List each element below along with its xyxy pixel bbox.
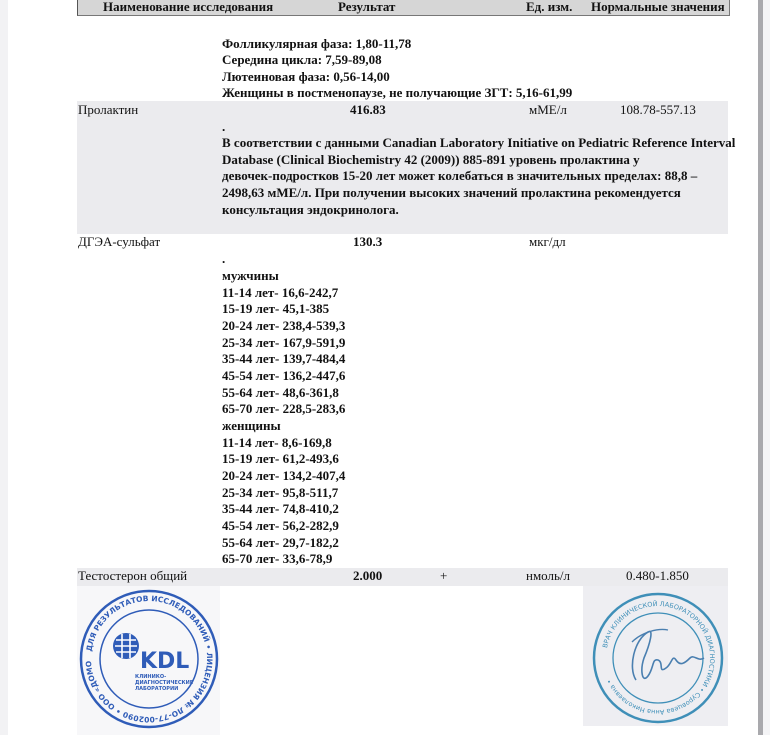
note-dot: .	[222, 119, 225, 136]
note-line: 25-34 лет- 167,9-591,9	[222, 335, 345, 352]
header-col-unit: Ед. изм.	[526, 0, 572, 15]
header-col-result: Результат	[338, 0, 395, 15]
note-line: 15-19 лет- 61,2-493,6	[222, 451, 339, 468]
note-line: 11-14 лет- 8,6-169,8	[222, 435, 332, 452]
note-line: 45-54 лет- 56,2-282,9	[222, 518, 339, 535]
note-line: Database (Clinical Biochemistry 42 (2009…	[222, 152, 640, 169]
note-line: 35-44 лет- 74,8-410,2	[222, 501, 339, 518]
test-result: 2.000	[353, 568, 382, 585]
note-line: женщины	[222, 418, 281, 435]
note-line: 55-64 лет- 29,7-182,2	[222, 535, 339, 552]
note-line: 20-24 лет- 238,4-539,3	[222, 318, 345, 335]
lab-seal-stamp: ДЛЯ РЕЗУЛЬТАТОВ ИССЛЕДОВАНИЙ • ЛИЦЕНЗИЯ …	[78, 588, 220, 730]
svg-text:ВРАЧ КЛИНИЧЕСКОЙ ЛАБОРАТОРНОЙ: ВРАЧ КЛИНИЧЕСКОЙ ЛАБОРАТОРНОЙ ДИАГНОСТИК…	[601, 599, 716, 716]
note-line: Фолликулярная фаза: 1,80-11,78	[222, 36, 411, 53]
test-result: 416.83	[350, 102, 386, 119]
test-name: Тестостерон общий	[78, 568, 187, 585]
header-col-norm: Нормальные значения	[591, 0, 725, 15]
test-norm: 0.480-1.850	[626, 568, 689, 585]
header-col-name: Наименование исследования	[103, 0, 273, 15]
note-line: 35-44 лет- 139,7-484,4	[222, 351, 345, 368]
test-unit: нмоль/л	[526, 568, 570, 585]
abnormal-flag: +	[440, 568, 447, 585]
note-line: Женщины в постменопаузе, не получающие З…	[222, 85, 572, 102]
note-line: 11-14 лет- 16,6-242,7	[222, 285, 338, 302]
note-line: девочек-подростков 15-20 лет может колеб…	[222, 168, 697, 185]
note-line: 25-34 лет- 95,8-511,7	[222, 485, 338, 502]
test-unit: мкг/дл	[529, 234, 566, 251]
note-line: 65-70 лет- 33,6-78,9	[222, 551, 332, 568]
note-line: 2498,63 мМЕ/л. При получении высоких зна…	[222, 185, 681, 202]
test-name: ДГЭА-сульфат	[78, 234, 160, 251]
note-line: 45-54 лет- 136,2-447,6	[222, 368, 345, 385]
test-result: 130.3	[353, 234, 382, 251]
test-norm: 108.78-557.13	[620, 102, 696, 119]
note-line: 20-24 лет- 134,2-407,4	[222, 468, 345, 485]
note-line: Середина цикла: 7,59-89,08	[222, 52, 382, 69]
note-line: Лютеиновая фаза: 0,56-14,00	[222, 69, 390, 86]
kdl-globe-icon	[113, 633, 139, 659]
signature	[632, 631, 704, 680]
note-dot: .	[222, 251, 225, 268]
test-unit: мМЕ/л	[529, 102, 567, 119]
kdl-logo-text: KDL	[140, 649, 189, 674]
note-line: В соответствии с данными Canadian Labora…	[222, 135, 735, 152]
note-line: консультация эндокринолога.	[222, 202, 399, 219]
doctor-seal-stamp: ВРАЧ КЛИНИЧЕСКОЙ ЛАБОРАТОРНОЙ ДИАГНОСТИК…	[588, 588, 728, 724]
svg-text:ЛАБОРАТОРИИ: ЛАБОРАТОРИИ	[135, 686, 178, 692]
note-line: мужчины	[222, 268, 279, 285]
table-header: Наименование исследования Результат Ед. …	[77, 0, 730, 16]
note-line: 65-70 лет- 228,5-283,6	[222, 401, 345, 418]
scrollbar-thumb[interactable]	[758, 0, 763, 735]
test-name: Пролактин	[78, 102, 138, 119]
note-line: 55-64 лет- 48,6-361,8	[222, 385, 339, 402]
note-line: 15-19 лет- 45,1-385	[222, 301, 329, 318]
